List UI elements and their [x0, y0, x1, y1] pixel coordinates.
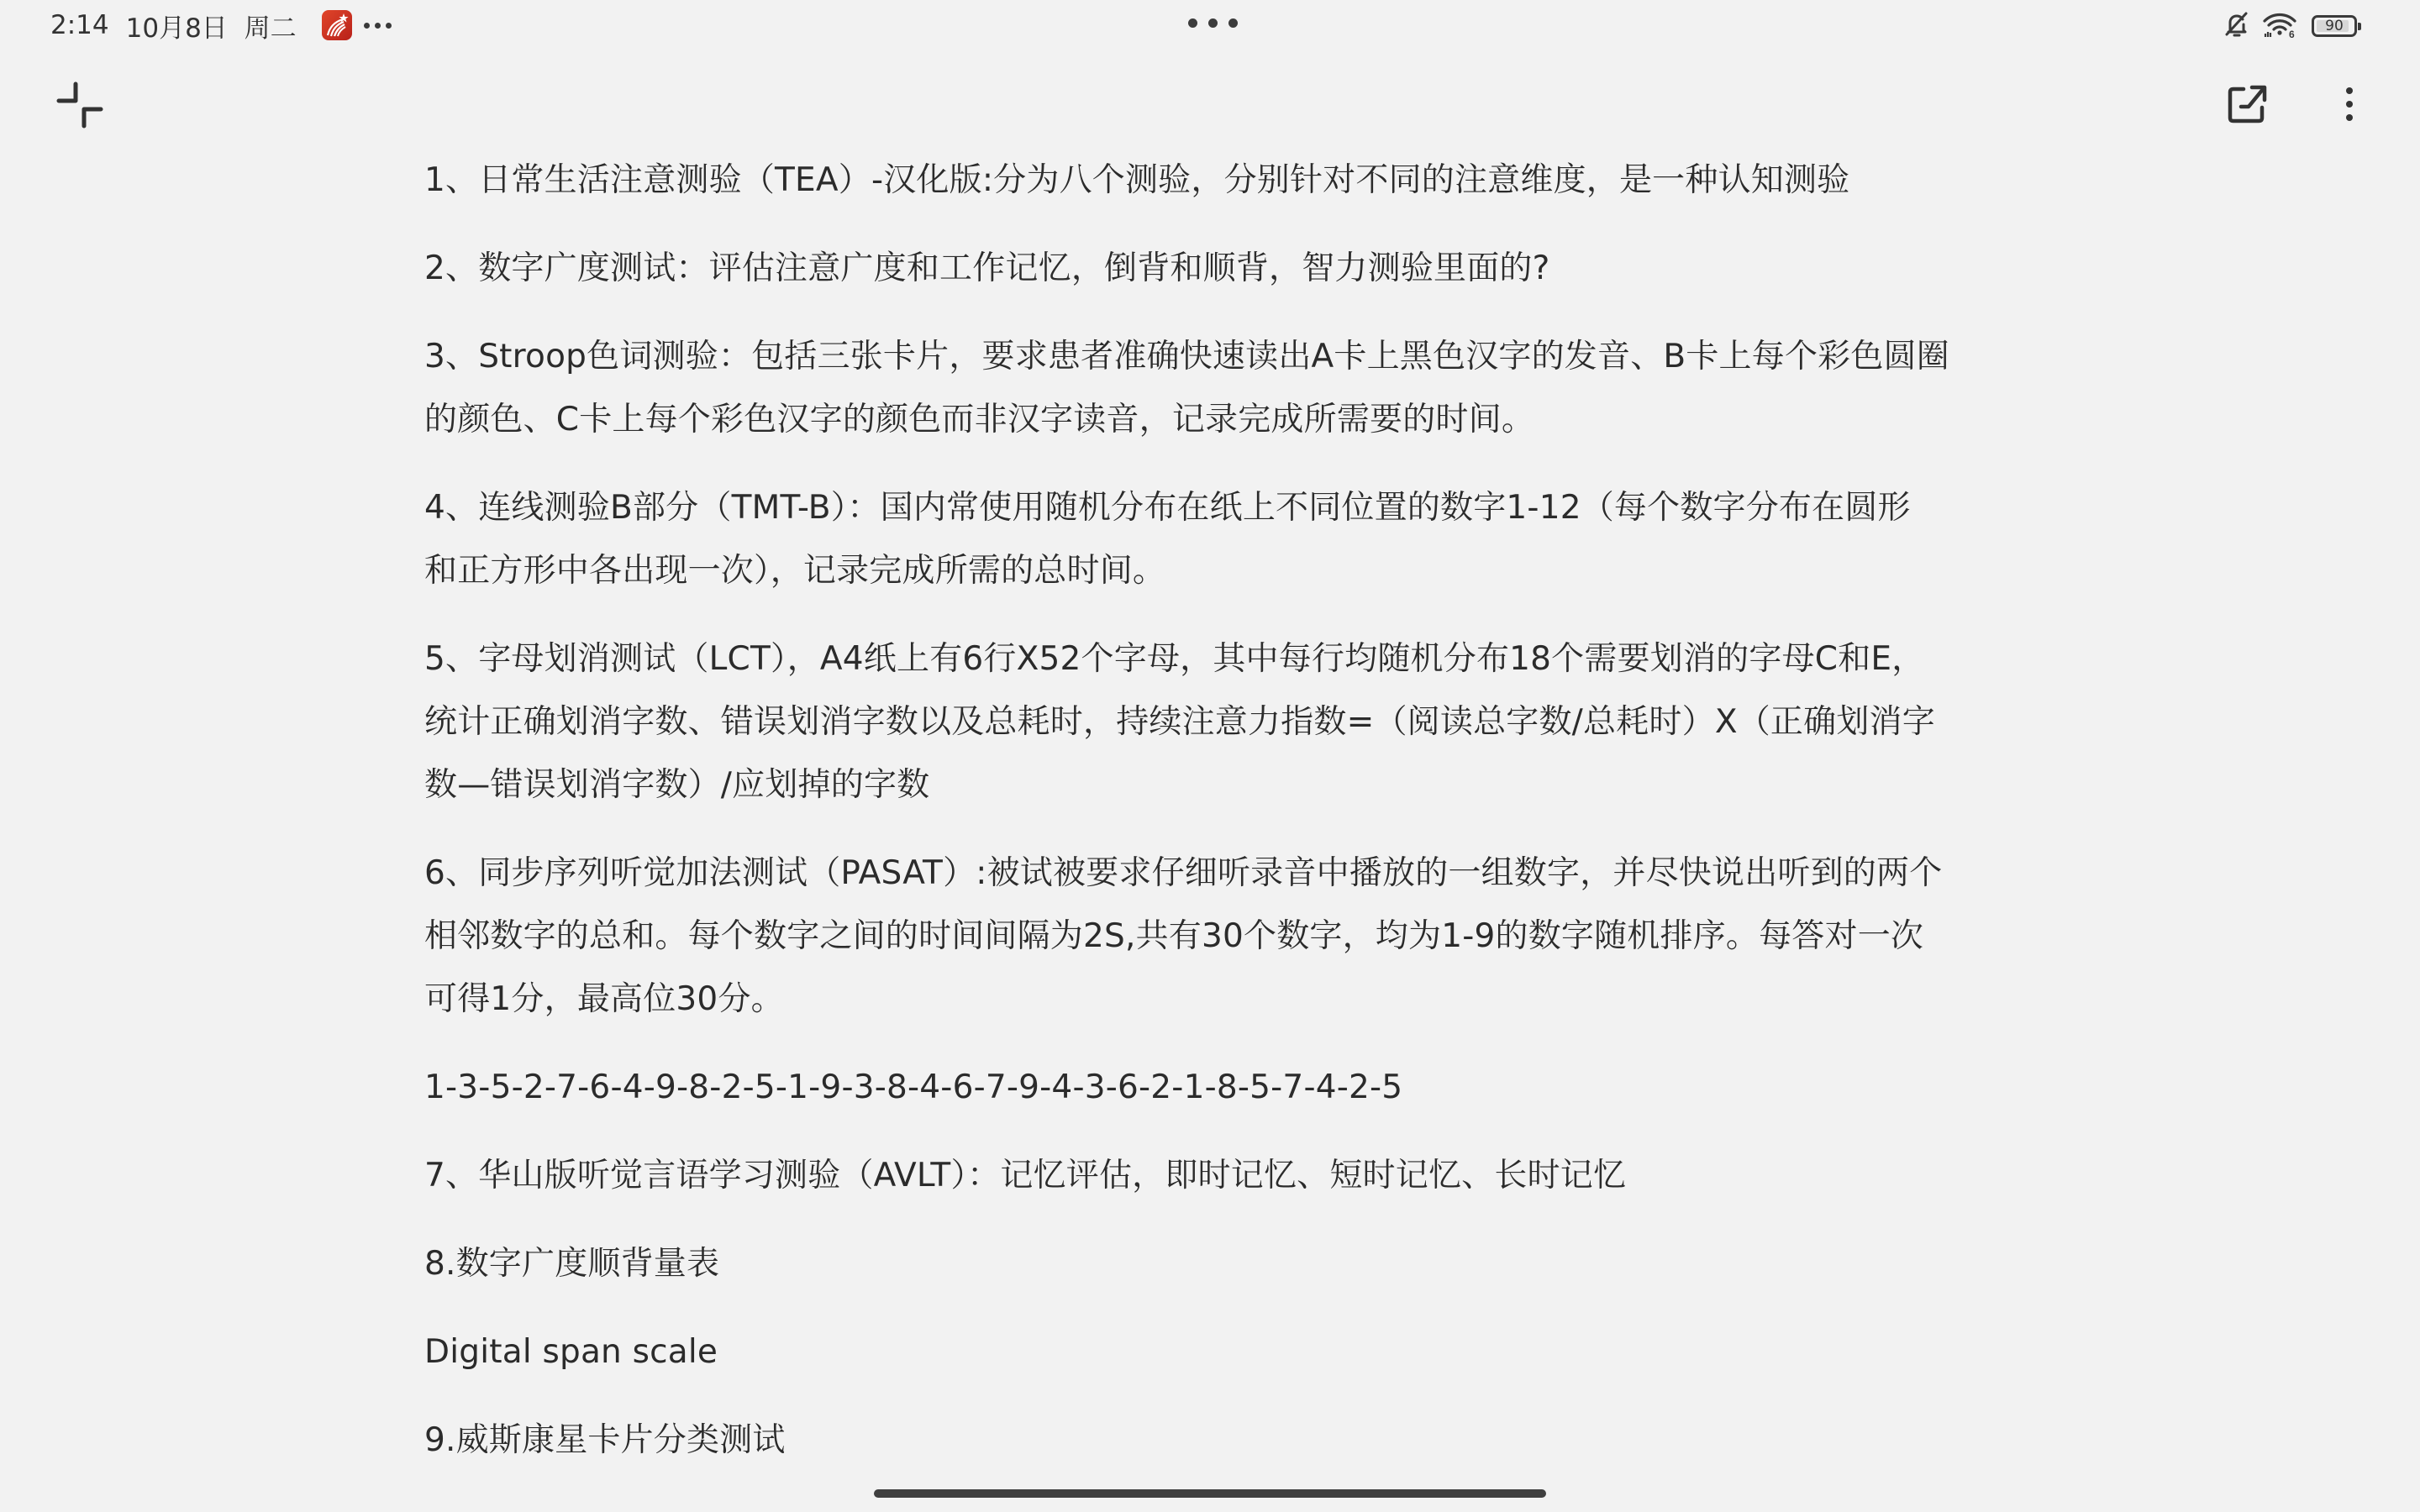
multiwindow-dots-icon[interactable]	[1188, 18, 1238, 28]
collapse-icon	[52, 79, 106, 133]
bell-muted-icon	[2223, 10, 2251, 42]
collapse-button[interactable]	[52, 79, 106, 133]
status-date-day: 10月8日	[126, 13, 228, 44]
open-external-icon	[2222, 79, 2272, 129]
paragraph-line: 1-3-5-2-7-6-4-9-8-2-5-1-9-3-8-4-6-7-9-4-…	[424, 1068, 1402, 1106]
xuexitong-app-icon[interactable]	[322, 10, 352, 40]
more-vertical-icon	[2346, 87, 2353, 94]
more-dots-icon	[364, 23, 392, 29]
wifi6-icon: 6	[2261, 10, 2298, 42]
paragraph-line: 8.数字广度顺背量表	[424, 1245, 719, 1283]
paragraph-line: Digital span scale	[424, 1333, 718, 1371]
paragraph-digit-span: 2、数字广度测试：评估注意广度和工作记忆，倒背和顺背，智力测验里面的?	[424, 237, 2004, 300]
paragraph-line: 2、数字广度测试：评估注意广度和工作记忆，倒背和顺背，智力测验里面的?	[424, 249, 1550, 287]
paragraph-line: 7、华山版听觉言语学习测验（AVLT）：记忆评估，即时记忆、短时记忆、长时记忆	[424, 1157, 1626, 1194]
status-weekday: 周二	[245, 13, 297, 44]
paragraph-line: 的颜色、C卡上每个彩色汉字的颜色而非汉字读音，记录完成所需要的时间。	[424, 401, 1534, 438]
paragraph-stroop: 3、Stroop色词测验：包括三张卡片，要求患者准确快速读出A卡上黑色汉字的发音…	[424, 325, 2004, 451]
paragraph-line: 5、字母划消测试（LCT），A4纸上有6行X52个字母，其中每行均随机分布18个…	[424, 640, 1924, 678]
paragraph-line: 相邻数字的总和。每个数字之间的时间间隔为2S,共有30个数字，均为1-9的数字随…	[424, 917, 1923, 955]
status-bar-right: 6 90	[2223, 10, 2357, 42]
paragraph-line: 可得1分，最高位30分。	[424, 980, 784, 1018]
paragraph-line: 和正方形中各出现一次），记录完成所需的总时间。	[424, 552, 1165, 590]
battery-icon: 90	[2312, 15, 2357, 37]
svg-text:6: 6	[2289, 29, 2295, 39]
paragraph-wcst: 9.威斯康星卡片分类测试	[424, 1409, 2004, 1472]
paragraph-line: 数—错误划消字数）/应划掉的字数	[424, 766, 929, 804]
paragraph-line: 3、Stroop色词测验：包括三张卡片，要求患者准确快速读出A卡上黑色汉字的发音…	[424, 338, 1949, 375]
paragraph-tea: 1、日常生活注意测验（TEA）-汉化版:分为八个测验，分别针对不同的注意维度，是…	[424, 149, 2004, 212]
open-external-button[interactable]	[2222, 79, 2272, 129]
paragraph-tmt-b: 4、连线测验B部分（TMT-B）：国内常使用随机分布在纸上不同位置的数字1-12…	[424, 476, 2004, 602]
paragraph-line: 9.威斯康星卡片分类测试	[424, 1421, 786, 1459]
paragraph-pasat: 6、同步序列听觉加法测试（PASAT）:被试被要求仔细听录音中播放的一组数字，并…	[424, 842, 2004, 1031]
paragraph-digital-span-english: Digital span scale	[424, 1320, 2004, 1383]
paragraph-digit-span-scale: 8.数字广度顺背量表	[424, 1232, 2004, 1295]
home-indicator[interactable]	[874, 1489, 1546, 1498]
paragraph-line: 4、连线测验B部分（TMT-B）：国内常使用随机分布在纸上不同位置的数字1-12…	[424, 489, 1911, 527]
paragraph-line: 1、日常生活注意测验（TEA）-汉化版:分为八个测验，分别针对不同的注意维度，是…	[424, 161, 1849, 199]
paragraph-number-sequence: 1-3-5-2-7-6-4-9-8-2-5-1-9-3-8-4-6-7-9-4-…	[424, 1056, 2004, 1119]
paragraph-line: 6、同步序列听觉加法测试（PASAT）:被试被要求仔细听录音中播放的一组数字，并…	[424, 854, 1942, 892]
status-bar-left: 2:14 10月8日 周二	[50, 7, 392, 44]
status-time: 2:14	[50, 10, 109, 40]
paragraph-line: 统计正确划消字数、错误划消字数以及总耗时，持续注意力指数=（阅读总字数/总耗时）…	[424, 703, 1935, 741]
more-options-button[interactable]	[2333, 81, 2366, 128]
status-date: 10月8日 周二	[126, 7, 297, 45]
paragraph-avlt: 7、华山版听觉言语学习测验（AVLT）：记忆评估，即时记忆、短时记忆、长时记忆	[424, 1144, 2004, 1207]
document-body: 1、日常生活注意测验（TEA）-汉化版:分为八个测验，分别针对不同的注意维度，是…	[424, 149, 2004, 1497]
paragraph-lct: 5、字母划消测试（LCT），A4纸上有6行X52个字母，其中每行均随机分布18个…	[424, 627, 2004, 816]
battery-level: 90	[2325, 19, 2344, 34]
